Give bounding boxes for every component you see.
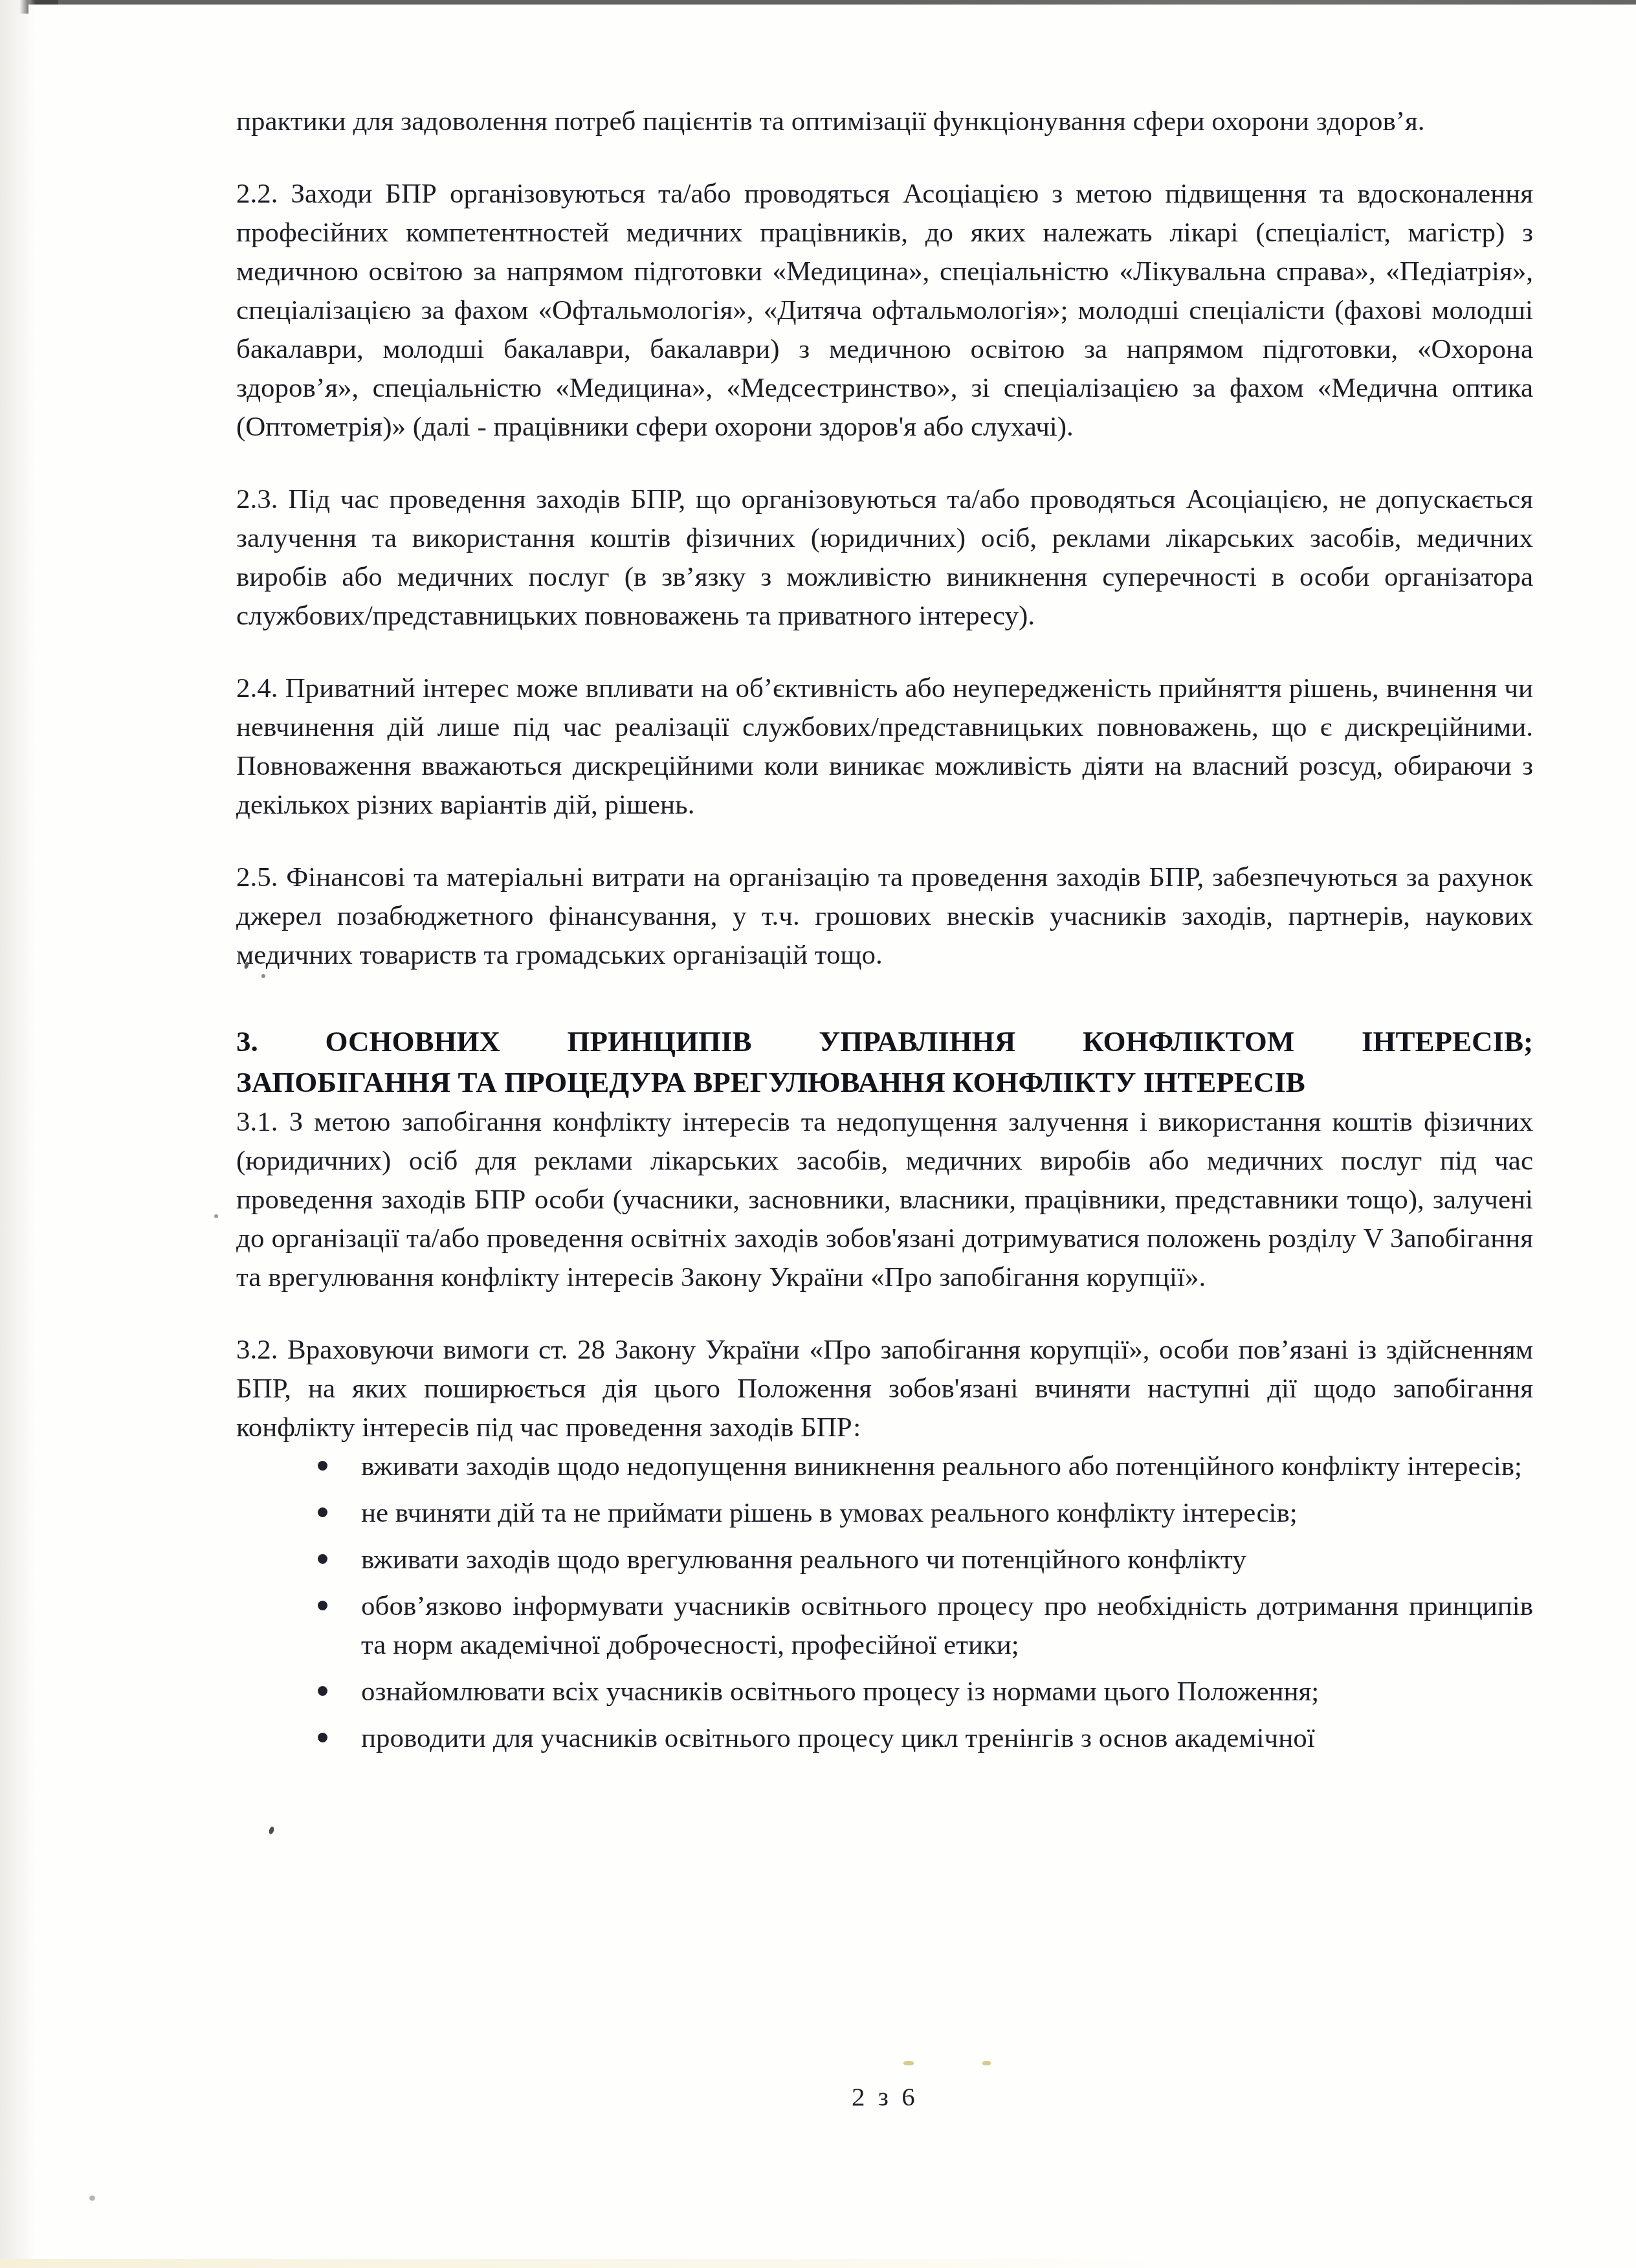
paragraph-intro: практики для задоволення потреб пацієнті…	[236, 102, 1533, 141]
scan-speck	[89, 2196, 95, 2201]
bullet-icon	[318, 1554, 327, 1564]
document-content: практики для задоволення потреб пацієнті…	[236, 102, 1533, 1758]
section-3-heading-line1: 3. ОСНОВНИХ ПРИНЦИПІВ УПРАВЛІННЯ КОНФЛІК…	[236, 1021, 1533, 1062]
list-item: не вчиняти дій та не приймати рішень в у…	[236, 1494, 1533, 1533]
section-3-heading: 3. ОСНОВНИХ ПРИНЦИПІВ УПРАВЛІННЯ КОНФЛІК…	[236, 1021, 1533, 1103]
paragraph-3-1: 3.1. З метою запобігання конфлікту інтер…	[236, 1103, 1533, 1297]
scan-speck	[903, 2061, 914, 2065]
list-item: обов’язково інформувати учасників освітн…	[236, 1587, 1533, 1665]
bullet-icon	[318, 1733, 327, 1742]
list-item-text: обов’язково інформувати учасників освітн…	[361, 1591, 1533, 1660]
scan-top-edge	[0, 0, 1636, 5]
scan-speck	[982, 2061, 991, 2065]
bullet-icon	[318, 1686, 327, 1696]
paragraph-2-5: 2.5. Фінансові та матеріальні витрати на…	[236, 858, 1533, 975]
scan-left-page-edge-band	[0, 0, 36, 2268]
paragraph-2-4: 2.4. Приватний інтерес може впливати на …	[236, 669, 1533, 825]
paragraph-3-2: 3.2. Враховуючи вимоги ст. 28 Закону Укр…	[236, 1331, 1533, 1447]
page-number: 2 з 6	[852, 2081, 915, 2112]
bullet-icon	[318, 1461, 327, 1471]
list-item: вживати заходів щодо врегулювання реальн…	[236, 1540, 1533, 1579]
list-item: вживати заходів щодо недопущення виникне…	[236, 1447, 1533, 1486]
scanned-page: практики для задоволення потреб пацієнті…	[0, 0, 1636, 2268]
section-3-heading-line2: ЗАПОБІГАННЯ ТА ПРОЦЕДУРА ВРЕГУЛЮВАННЯ КО…	[236, 1062, 1533, 1103]
scan-bottom-edge	[0, 2259, 1178, 2268]
bullet-icon	[318, 1601, 327, 1610]
paragraph-2-2: 2.2. Заходи БПР організовуються та/або п…	[236, 175, 1533, 447]
list-item: ознайомлювати всіх учасників освітнього …	[236, 1673, 1533, 1711]
paragraph-2-3: 2.3. Під час проведення заходів БПР, що …	[236, 480, 1533, 636]
list-item-text: не вчиняти дій та не приймати рішень в у…	[361, 1498, 1298, 1528]
scan-speck	[268, 1826, 274, 1835]
scan-speck	[214, 1214, 218, 1218]
obligations-list: вживати заходів щодо недопущення виникне…	[236, 1447, 1533, 1758]
bullet-icon	[318, 1507, 327, 1517]
list-item-text: ознайомлювати всіх учасників освітнього …	[361, 1676, 1319, 1707]
list-item-text: вживати заходів щодо врегулювання реальн…	[361, 1544, 1246, 1575]
list-item-text: вживати заходів щодо недопущення виникне…	[361, 1451, 1522, 1482]
list-item: проводити для учасників освітнього проце…	[236, 1719, 1533, 1758]
list-item-text: проводити для учасників освітнього проце…	[361, 1723, 1315, 1753]
